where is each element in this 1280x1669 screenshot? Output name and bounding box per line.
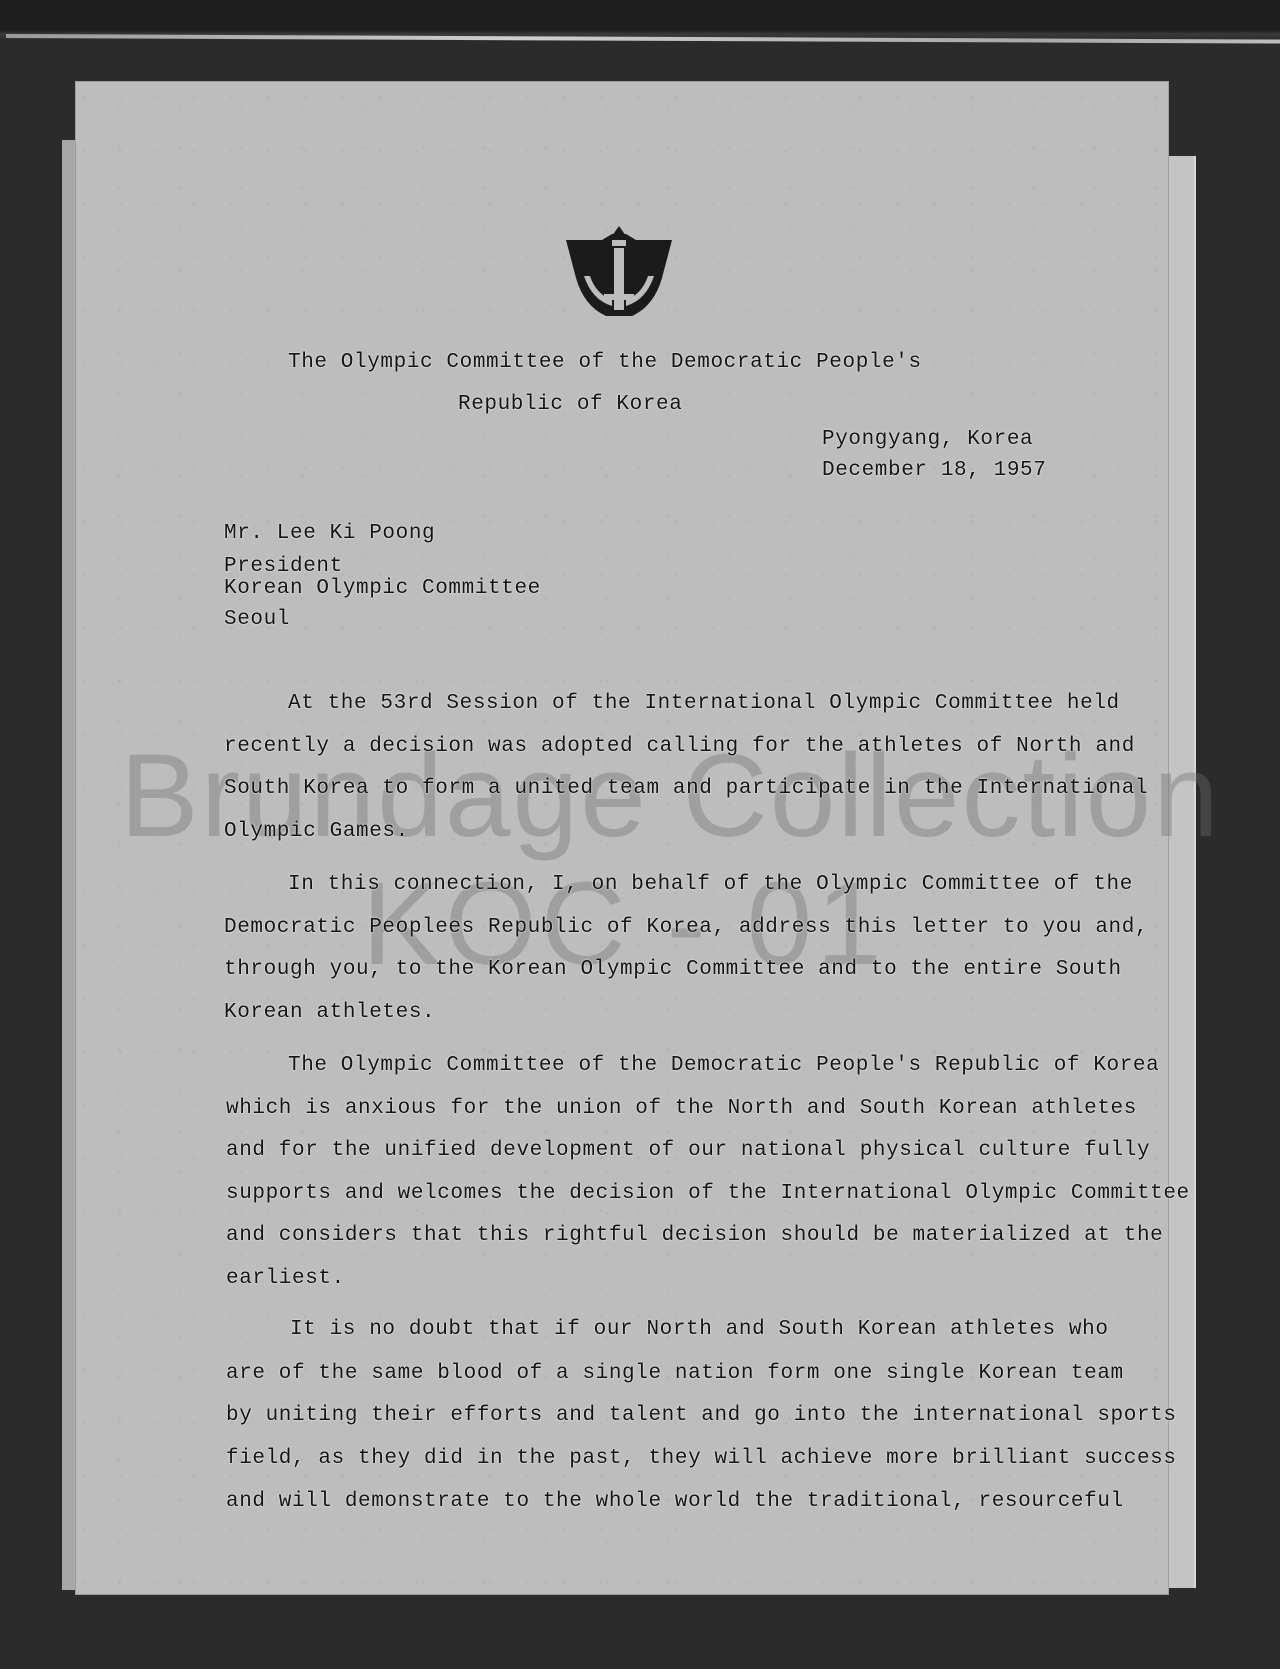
addressee-city: Seoul bbox=[224, 608, 290, 631]
letter-date: December 18, 1957 bbox=[822, 459, 1046, 482]
paragraph-line: and considers that this rightful decisio… bbox=[226, 1224, 1163, 1247]
paragraph-line: In this connection, I, on behalf of the … bbox=[288, 873, 1133, 896]
paragraph-line: It is no doubt that if our North and Sou… bbox=[290, 1318, 1109, 1341]
paragraph-line: Korean athletes. bbox=[224, 1001, 435, 1024]
paragraph-line: earliest. bbox=[226, 1267, 345, 1290]
paragraph-line: through you, to the Korean Olympic Commi… bbox=[224, 958, 1122, 981]
paper-edge bbox=[62, 140, 76, 1590]
paragraph-line: which is anxious for the union of the No… bbox=[226, 1097, 1137, 1120]
paragraph-line: are of the same blood of a single nation… bbox=[226, 1362, 1124, 1385]
paragraph-line: Olympic Games. bbox=[224, 820, 409, 843]
paragraph-line: recently a decision was adopted calling … bbox=[224, 735, 1135, 758]
paragraph-line: by uniting their efforts and talent and … bbox=[226, 1404, 1177, 1427]
addressee-organization: Korean Olympic Committee bbox=[224, 577, 541, 600]
paragraph-line: At the 53rd Session of the International… bbox=[288, 692, 1120, 715]
paragraph-line: and for the unified development of our n… bbox=[226, 1139, 1150, 1162]
letterhead-line-2: Republic of Korea bbox=[458, 393, 682, 416]
paragraph-line: and will demonstrate to the whole world … bbox=[226, 1490, 1124, 1513]
olympic-committee-emblem-icon bbox=[562, 226, 676, 322]
paragraph-line: field, as they did in the past, they wil… bbox=[226, 1447, 1177, 1470]
letterhead-line-1: The Olympic Committee of the Democratic … bbox=[288, 351, 922, 374]
paragraph-line: supports and welcomes the decision of th… bbox=[226, 1182, 1190, 1205]
letter-place: Pyongyang, Korea bbox=[822, 428, 1033, 451]
addressee-title: President bbox=[224, 555, 343, 578]
paragraph-line: Democratic Peoplees Republic of Korea, a… bbox=[224, 916, 1148, 939]
addressee-name: Mr. Lee Ki Poong bbox=[224, 522, 435, 545]
paragraph-line: South Korea to form a united team and pa… bbox=[224, 777, 1148, 800]
paragraph-line: The Olympic Committee of the Democratic … bbox=[288, 1054, 1159, 1077]
